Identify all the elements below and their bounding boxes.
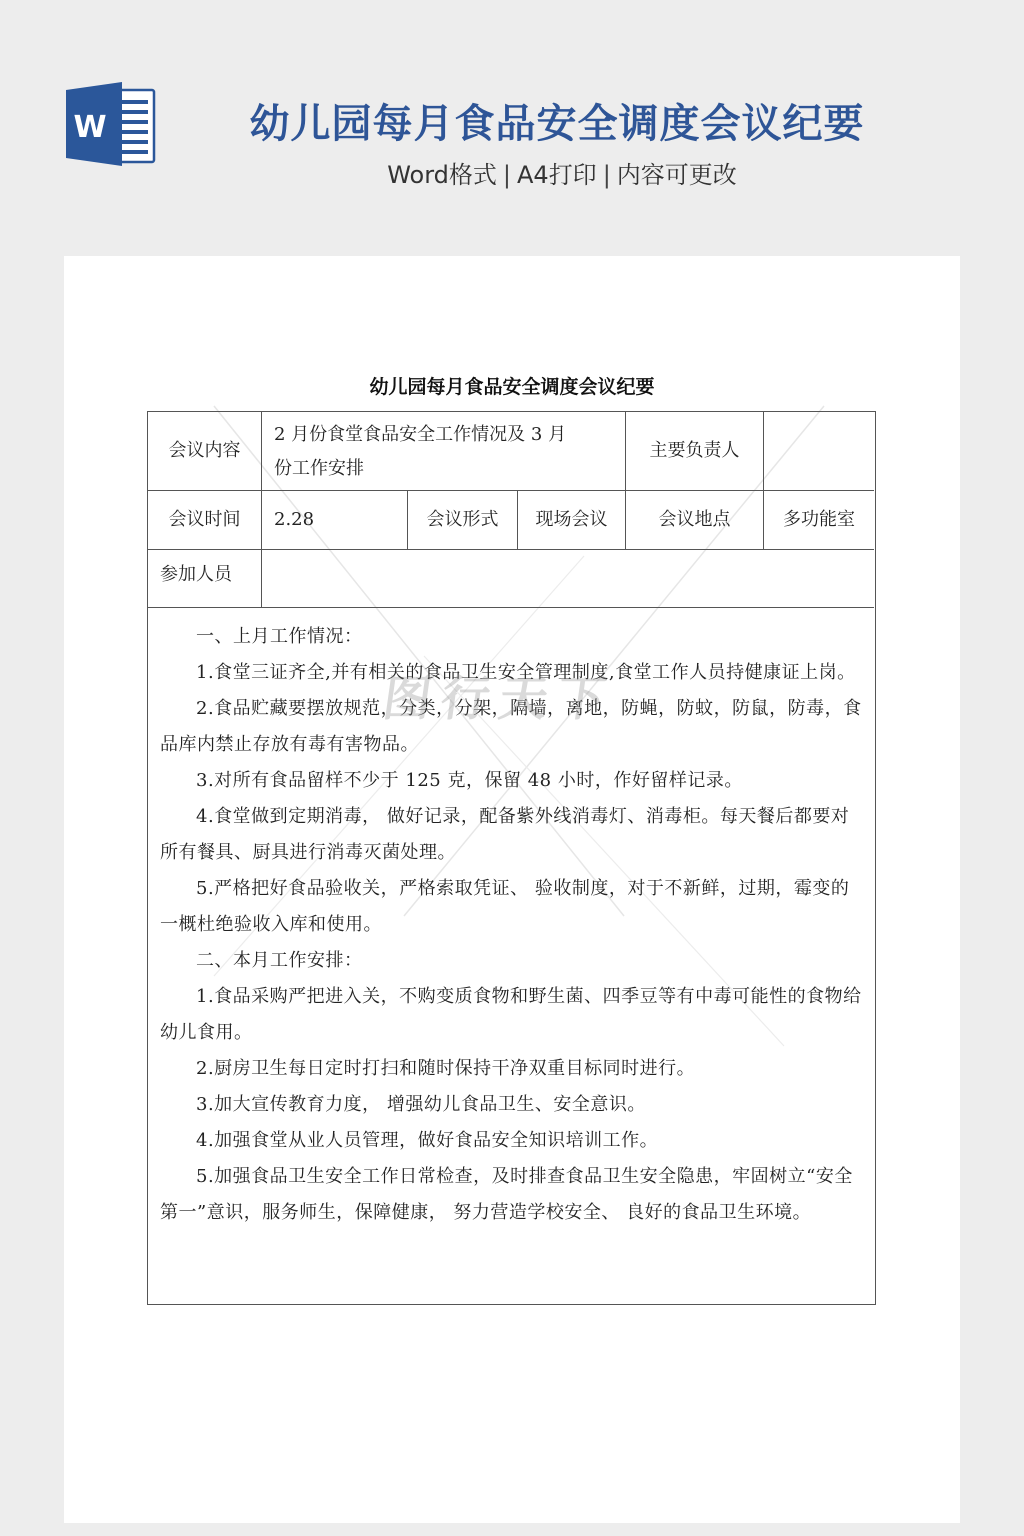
this-month-item-3: 3.加大宣传教育力度， 增强幼儿食品卫生、安全意识。 [160, 1087, 862, 1123]
last-month-item-5: 5.严格把好食品验收关，严格索取凭证、 验收制度，对于不新鲜，过期，霉变的一概杜… [160, 871, 862, 943]
last-month-item-3: 3.对所有食品留样不少于 125 克，保留 48 小时，作好留样记录。 [160, 763, 862, 799]
subtitle-separator: | [503, 161, 511, 189]
value-attendees [262, 550, 874, 608]
last-month-item-4: 4.食堂做到定期消毒， 做好记录，配备紫外线消毒灯、消毒柜。每天餐后都要对所有餐… [160, 799, 862, 871]
value-meeting-content: 2 月份食堂食品安全工作情况及 3 月 份工作安排 [262, 412, 626, 491]
label-meeting-place: 会议地点 [626, 491, 764, 550]
this-month-item-4: 4.加强食堂从业人员管理，做好食品安全知识培训工作。 [160, 1123, 862, 1159]
value-meeting-form: 现场会议 [518, 491, 626, 550]
subtitle-editable: 内容可更改 [617, 161, 737, 189]
document-page: 幼儿园每月食品安全调度会议纪要 会议内容 2 月份食堂食品安全工作情况及 3 月… [64, 256, 960, 1523]
last-month-item-2: 2.食品贮藏要摆放规范，分类，分架，隔墙，离地，防蝇，防蚊，防鼠，防毒，食品库内… [160, 691, 862, 763]
document-title: 幼儿园每月食品安全调度会议纪要 [64, 372, 960, 399]
minutes-body: 一、上月工作情况： 1.食堂三证齐全,并有相关的食品卫生安全管理制度,食堂工作人… [148, 607, 874, 1303]
subtitle-print: A4打印 [517, 161, 597, 189]
this-month-item-5: 5.加强食品卫生安全工作日常检查，及时排查食品卫生安全隐患，牢固树立“安全第一”… [160, 1159, 862, 1231]
this-month-item-1: 1.食品采购严把进入关，不购变质食物和野生菌、四季豆等有中毒可能性的食物给幼儿食… [160, 979, 862, 1051]
value-responsible-person [764, 412, 874, 491]
label-responsible-person: 主要负责人 [626, 412, 764, 491]
label-meeting-form: 会议形式 [408, 491, 518, 550]
meeting-table: 会议内容 2 月份食堂食品安全工作情况及 3 月 份工作安排 主要负责人 会议时… [147, 411, 876, 1305]
label-meeting-content: 会议内容 [148, 412, 262, 491]
meeting-content-line1: 2 月份食堂食品安全工作情况及 3 月 [274, 418, 566, 452]
subtitle-format: Word格式 [387, 161, 497, 189]
banner-subtitle: Word格式|A4打印|内容可更改 [0, 155, 1024, 190]
section-heading-this-month: 二、本月工作安排： [160, 943, 862, 979]
value-meeting-time: 2.28 [262, 491, 408, 550]
value-meeting-place: 多功能室 [764, 491, 874, 550]
subtitle-separator: | [603, 161, 611, 189]
label-meeting-time: 会议时间 [148, 491, 262, 550]
banner-title: 幼儿园每月食品安全调度会议纪要 [0, 92, 1024, 149]
meeting-content-line2: 份工作安排 [274, 452, 566, 486]
this-month-item-2: 2.厨房卫生每日定时打扫和随时保持干净双重目标同时进行。 [160, 1051, 862, 1087]
label-attendees: 参加人员 [148, 550, 262, 608]
last-month-item-1: 1.食堂三证齐全,并有相关的食品卫生安全管理制度,食堂工作人员持健康证上岗。 [160, 655, 862, 691]
section-heading-last-month: 一、上月工作情况： [160, 619, 862, 655]
